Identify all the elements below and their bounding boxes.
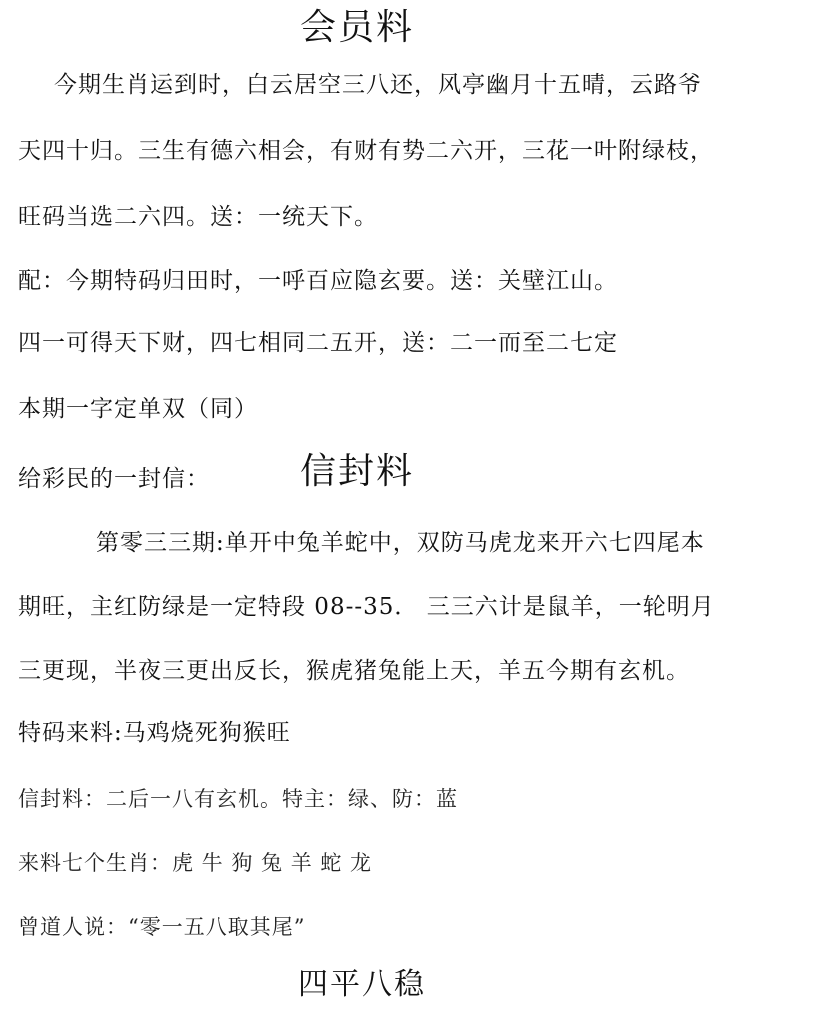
letter-section-title: 信封料 bbox=[300, 450, 414, 494]
letter-line-1: 第零三三期:单开中兔羊蛇中，双防马虎龙来开六七四尾本 bbox=[96, 528, 705, 558]
member-line-2: 天四十归。三生有德六相会，有财有势二六开，三花一叶附绿枝， bbox=[18, 136, 714, 166]
letter-intro: 给彩民的一封信： bbox=[18, 464, 210, 494]
member-section-title: 会员料 bbox=[300, 6, 414, 50]
letter-line-7: 曾道人说：“零一五八取其尾” bbox=[18, 912, 305, 942]
letter-line-6: 来料七个生肖：虎 牛 狗 兔 羊 蛇 龙 bbox=[18, 848, 372, 878]
letter-line-2: 期旺，主红防绿是一定特段 08--35． 三三六计是鼠羊，一轮明月 bbox=[18, 592, 715, 622]
letter-line-5: 信封料：二后一八有玄机。特主：绿、防：蓝 bbox=[18, 784, 458, 814]
footer-title: 四平八稳 bbox=[298, 966, 426, 1004]
letter-line-4: 特码来料:马鸡烧死狗猴旺 bbox=[18, 718, 291, 748]
member-line-1: 今期生肖运到时，白云居空三八还，风亭幽月十五晴，云路爷 bbox=[54, 70, 702, 100]
member-line-5: 四一可得天下财，四七相同二五开，送：二一而至二七定 bbox=[18, 328, 618, 358]
member-line-3: 旺码当选二六四。送：一统天下。 bbox=[18, 202, 378, 232]
member-line-6: 本期一字定单双（同） bbox=[18, 394, 258, 424]
letter-line-3: 三更现，半夜三更出反长，猴虎猪兔能上天，羊五今期有玄机。 bbox=[18, 656, 690, 686]
member-line-4: 配：今期特码归田时，一呼百应隐玄要。送：关壁江山。 bbox=[18, 266, 618, 296]
